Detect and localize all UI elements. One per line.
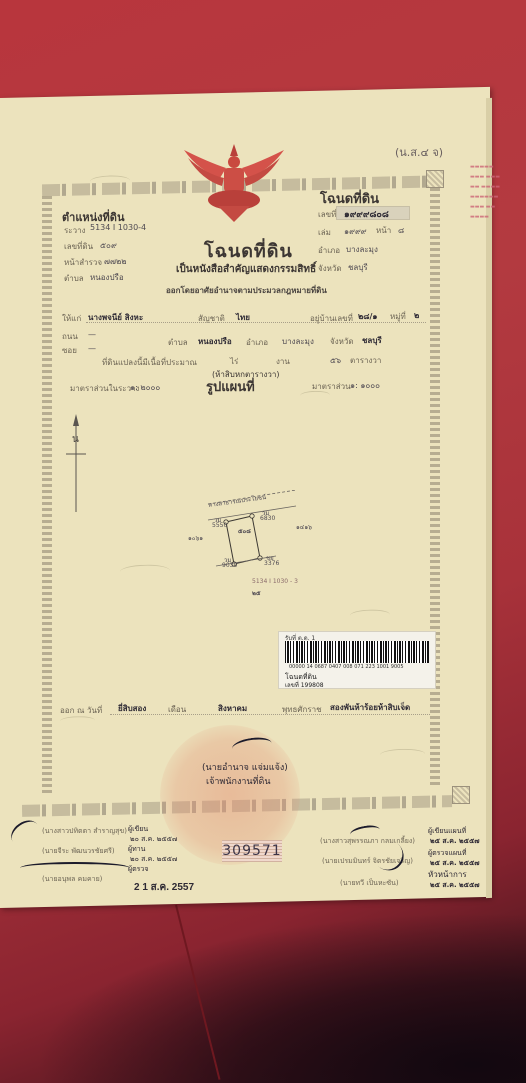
signature-3 bbox=[20, 862, 130, 874]
owner-line bbox=[86, 322, 426, 323]
subdistrict-label: ตำบล bbox=[168, 336, 188, 349]
north-label: น bbox=[72, 432, 79, 447]
nationality-label: สัญชาติ bbox=[198, 312, 225, 325]
signer-right-1-name: (นางสาวสุพรรณภา กลมเกลี้ยง) bbox=[320, 836, 415, 847]
map-title: รูปแผนที่ bbox=[206, 376, 255, 397]
signer-right-1-date: ๒๕ ส.ค. ๒๕๕๗ bbox=[430, 836, 480, 847]
province-label: จังหวัด bbox=[318, 262, 342, 275]
moo-value: ๒ bbox=[414, 309, 419, 322]
signer-left-3-role: ผู้ตรวจ bbox=[128, 864, 148, 875]
tambon-label: ตำบล bbox=[64, 272, 84, 285]
north-arrow-icon bbox=[66, 412, 86, 512]
corner-3-value: 9030 bbox=[222, 562, 237, 569]
ngan-label: งาน bbox=[276, 355, 290, 368]
corner-1-value: 5550 bbox=[212, 522, 227, 529]
signer-left-2-name: (นายจีระ พัฒนวรชัยศรี) bbox=[42, 846, 115, 857]
official-name: (นายอำนาจ แจ่มแจ้ง) bbox=[202, 760, 288, 774]
issued-by: ออกโดยอาศัยอำนาจตามประมวลกฎหมายที่ดิน bbox=[166, 284, 327, 297]
owner-district-value: บางละมุง bbox=[282, 335, 314, 348]
pink-stamp-right: ▬▬▬▬▬▬▬▬ ▬▬▬▬▬ ▬▬▬▬▬▬▬▬▬▬▬▬▬ ▬▬▬▬▬▬ bbox=[470, 162, 524, 224]
rai-label: ไร่ bbox=[230, 355, 238, 368]
official-title: เจ้าพนักงานที่ดิน bbox=[206, 774, 270, 788]
tambon-value: หนองปรือ bbox=[90, 271, 124, 284]
barcode-number: เลขที่ 199808 bbox=[285, 680, 324, 690]
page-label: หน้า bbox=[376, 224, 391, 237]
owner-province-label: จังหวัด bbox=[330, 335, 354, 348]
given-to-label: ให้แก่ bbox=[62, 312, 81, 325]
sheet-sub: ๒๕ bbox=[252, 588, 261, 598]
book-label: เล่ม bbox=[318, 226, 331, 239]
right-border bbox=[430, 188, 440, 788]
sheet-label: ระวาง bbox=[64, 224, 85, 237]
land-no-label: เลขที่ดิน bbox=[64, 240, 93, 253]
province-value: ชลบุรี bbox=[348, 261, 368, 274]
area-prefix: ที่ดินแปลงนี้มีเนื้อที่ประมาณ bbox=[102, 356, 197, 369]
garuda-emblem-icon bbox=[178, 140, 290, 226]
deed-number-value: ๑๙๙๙๘๐๘ bbox=[344, 207, 389, 221]
barcode-icon bbox=[285, 641, 429, 663]
date-stamp: 2 1 ส.ค. 2557 bbox=[134, 880, 194, 895]
scale-right-value: ๑: ๑๐๐๐ bbox=[350, 379, 380, 392]
signer-left-3-name: (นายอนุพล คมคาย) bbox=[42, 874, 102, 885]
survey-page-value: ๗๗๒๒ bbox=[104, 255, 127, 268]
issue-year: สองพันห้าร้อยห้าสิบเจ็ด bbox=[330, 701, 410, 714]
sheet-reference: 5134 I 1030 - 3 bbox=[252, 578, 298, 585]
serial-number: 309571 bbox=[222, 840, 282, 862]
form-code: (น.ส.๔ จ) bbox=[395, 143, 443, 161]
issue-line bbox=[110, 714, 430, 715]
deed-number-label: เลขที่ bbox=[318, 208, 336, 221]
issued-on-label: ออก ณ วันที่ bbox=[60, 704, 102, 717]
sq-wa-label: ตารางวา bbox=[350, 354, 381, 367]
land-no-value: ๕๐๙ bbox=[100, 239, 117, 252]
corner-ornament bbox=[426, 170, 444, 188]
subdistrict-value: หนองปรือ bbox=[198, 335, 232, 348]
subtitle: เป็นหนังสือสำคัญแสดงกรรมสิทธิ์ bbox=[176, 262, 316, 277]
scale-right-label: มาตราส่วน bbox=[312, 380, 351, 393]
soi-value: — bbox=[88, 344, 96, 353]
owner-province-value: ชลบุรี bbox=[362, 334, 382, 347]
signer-left-1-name: (นางสาวปทิตตา สำราญสุข) bbox=[42, 826, 127, 837]
road-label: ถนน bbox=[62, 330, 78, 343]
survey-page-label: หน้าสำรวจ bbox=[64, 256, 102, 269]
west-neighbor: ๑๐๖๑ bbox=[188, 533, 203, 543]
signer-right-3-name: (นายทวี เป็นหะซัน) bbox=[340, 878, 399, 889]
left-border bbox=[42, 196, 52, 796]
house-no-label: อยู่บ้านเลขที่ bbox=[310, 312, 353, 325]
page-value: ๘ bbox=[398, 224, 404, 237]
corner-4-value: 3376 bbox=[264, 560, 279, 567]
barcode-digits: 00000 14 0687 0407 008 071 223 1001 9005 bbox=[289, 664, 404, 670]
sheet-value: 5134 I 1030-4 bbox=[90, 223, 146, 232]
district-label: อำเภอ bbox=[318, 244, 340, 257]
barcode-sticker: รับที่ ต.ด. 1 00000 14 0687 0407 008 071… bbox=[278, 631, 436, 689]
cloth-shadow bbox=[0, 900, 526, 1083]
district-value: บางละมุง bbox=[346, 243, 378, 256]
east-neighbor: ๑๔๑๖ bbox=[296, 522, 312, 532]
plot-number: ๕๐๘ bbox=[238, 526, 251, 536]
book-value: ๑๙๙๙ bbox=[344, 225, 367, 238]
corner-2-value: 6830 bbox=[260, 515, 275, 522]
main-title: โฉนดที่ดิน bbox=[204, 236, 293, 265]
sq-wa-value: ๕๖ bbox=[330, 354, 341, 367]
corner-ornament-bottom bbox=[452, 786, 470, 804]
road-value: — bbox=[88, 330, 96, 339]
signer-right-3-date: ๒๕ ส.ค. ๒๕๕๗ bbox=[430, 880, 480, 891]
soi-label: ซอย bbox=[62, 344, 77, 357]
scale-left-value: ๑: ๒๐๐๐ bbox=[130, 381, 160, 394]
owner-district-label: อำเภอ bbox=[246, 336, 268, 349]
